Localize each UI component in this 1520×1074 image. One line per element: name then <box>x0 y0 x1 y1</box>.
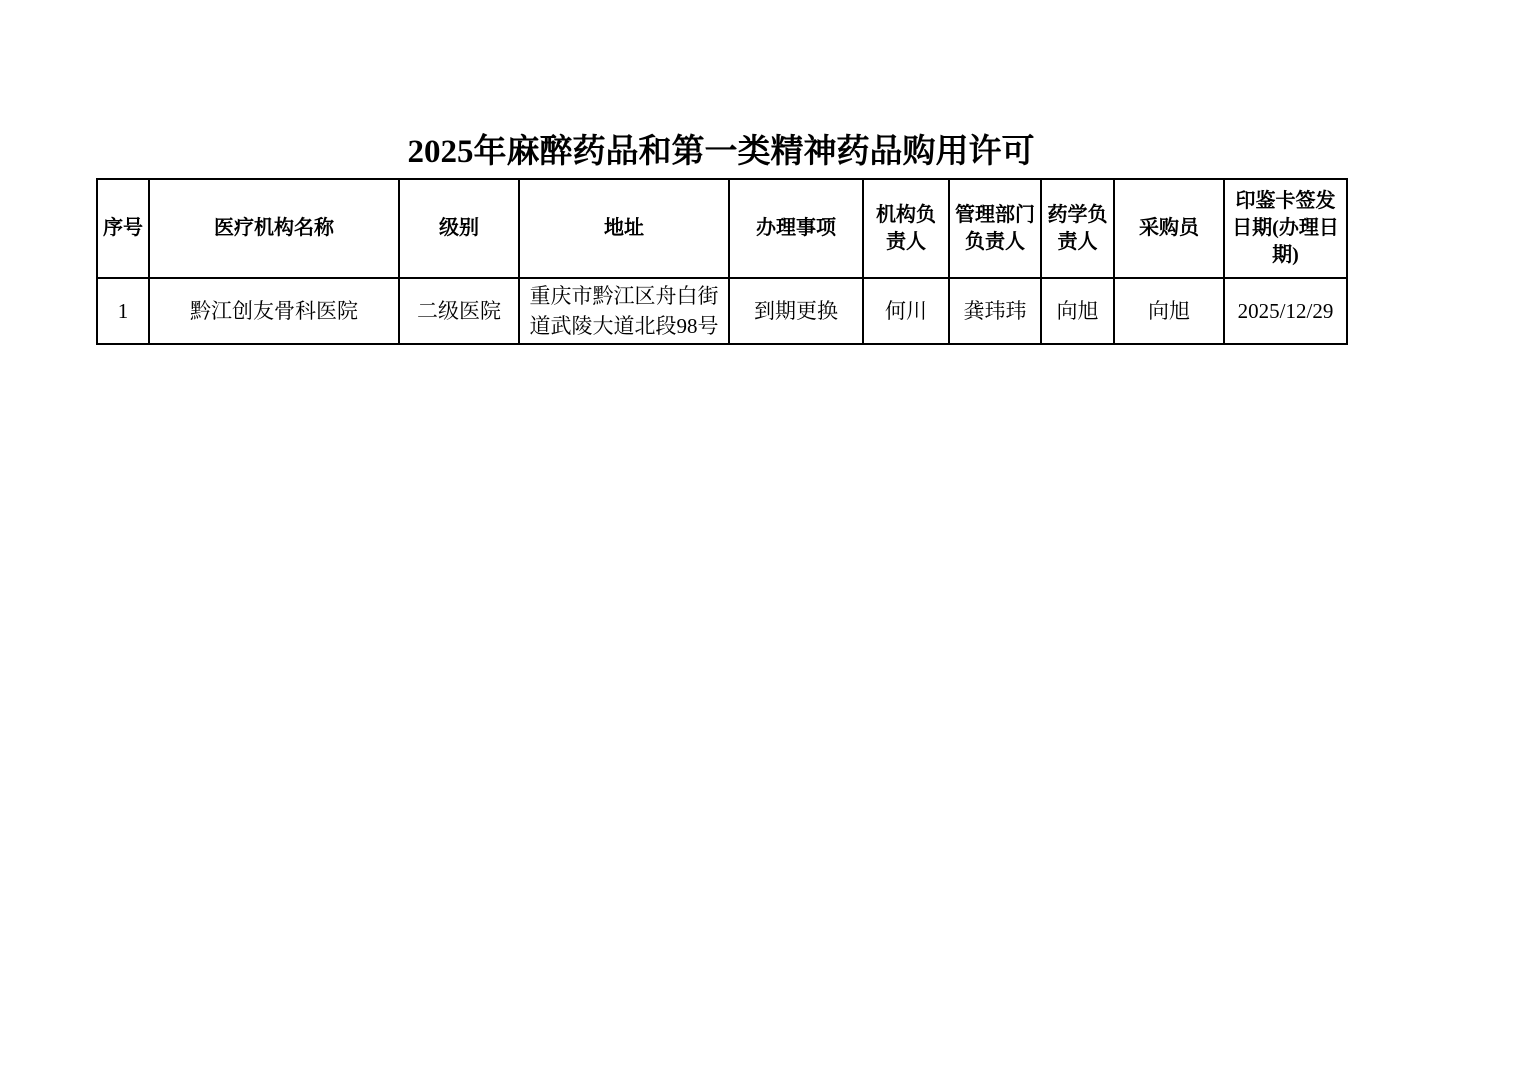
cell-purchaser: 向旭 <box>1114 278 1224 344</box>
column-header-purchaser: 采购员 <box>1114 179 1224 278</box>
cell-org-head: 何川 <box>863 278 949 344</box>
cell-pharmacy-head: 向旭 <box>1041 278 1114 344</box>
cell-matter: 到期更换 <box>729 278 863 344</box>
cell-level: 二级医院 <box>399 278 519 344</box>
column-header-pharmacy-head: 药学负责人 <box>1041 179 1114 278</box>
column-header-issue-date: 印鉴卡签发日期(办理日期) <box>1224 179 1347 278</box>
column-header-matter: 办理事项 <box>729 179 863 278</box>
cell-institution: 黔江创友骨科医院 <box>149 278 399 344</box>
table-row: 1 黔江创友骨科医院 二级医院 重庆市黔江区舟白街道武陵大道北段98号 到期更换… <box>97 278 1347 344</box>
header-row: 序号 医疗机构名称 级别 地址 办理事项 机构负责人 管理部门负责人 药学负责人… <box>97 179 1347 278</box>
column-header-index: 序号 <box>97 179 149 278</box>
permit-table: 序号 医疗机构名称 级别 地址 办理事项 机构负责人 管理部门负责人 药学负责人… <box>96 178 1348 345</box>
cell-address: 重庆市黔江区舟白街道武陵大道北段98号 <box>519 278 729 344</box>
column-header-address: 地址 <box>519 179 729 278</box>
column-header-dept-head: 管理部门负责人 <box>949 179 1041 278</box>
column-header-org-head: 机构负责人 <box>863 179 949 278</box>
cell-index: 1 <box>97 278 149 344</box>
cell-issue-date: 2025/12/29 <box>1224 278 1347 344</box>
column-header-institution: 医疗机构名称 <box>149 179 399 278</box>
document-page: 2025年麻醉药品和第一类精神药品购用许可 序号 医疗机构名称 级别 地址 办理… <box>96 0 1346 345</box>
column-header-level: 级别 <box>399 179 519 278</box>
cell-dept-head: 龚玮玮 <box>949 278 1041 344</box>
page-title: 2025年麻醉药品和第一类精神药品购用许可 <box>96 133 1346 172</box>
